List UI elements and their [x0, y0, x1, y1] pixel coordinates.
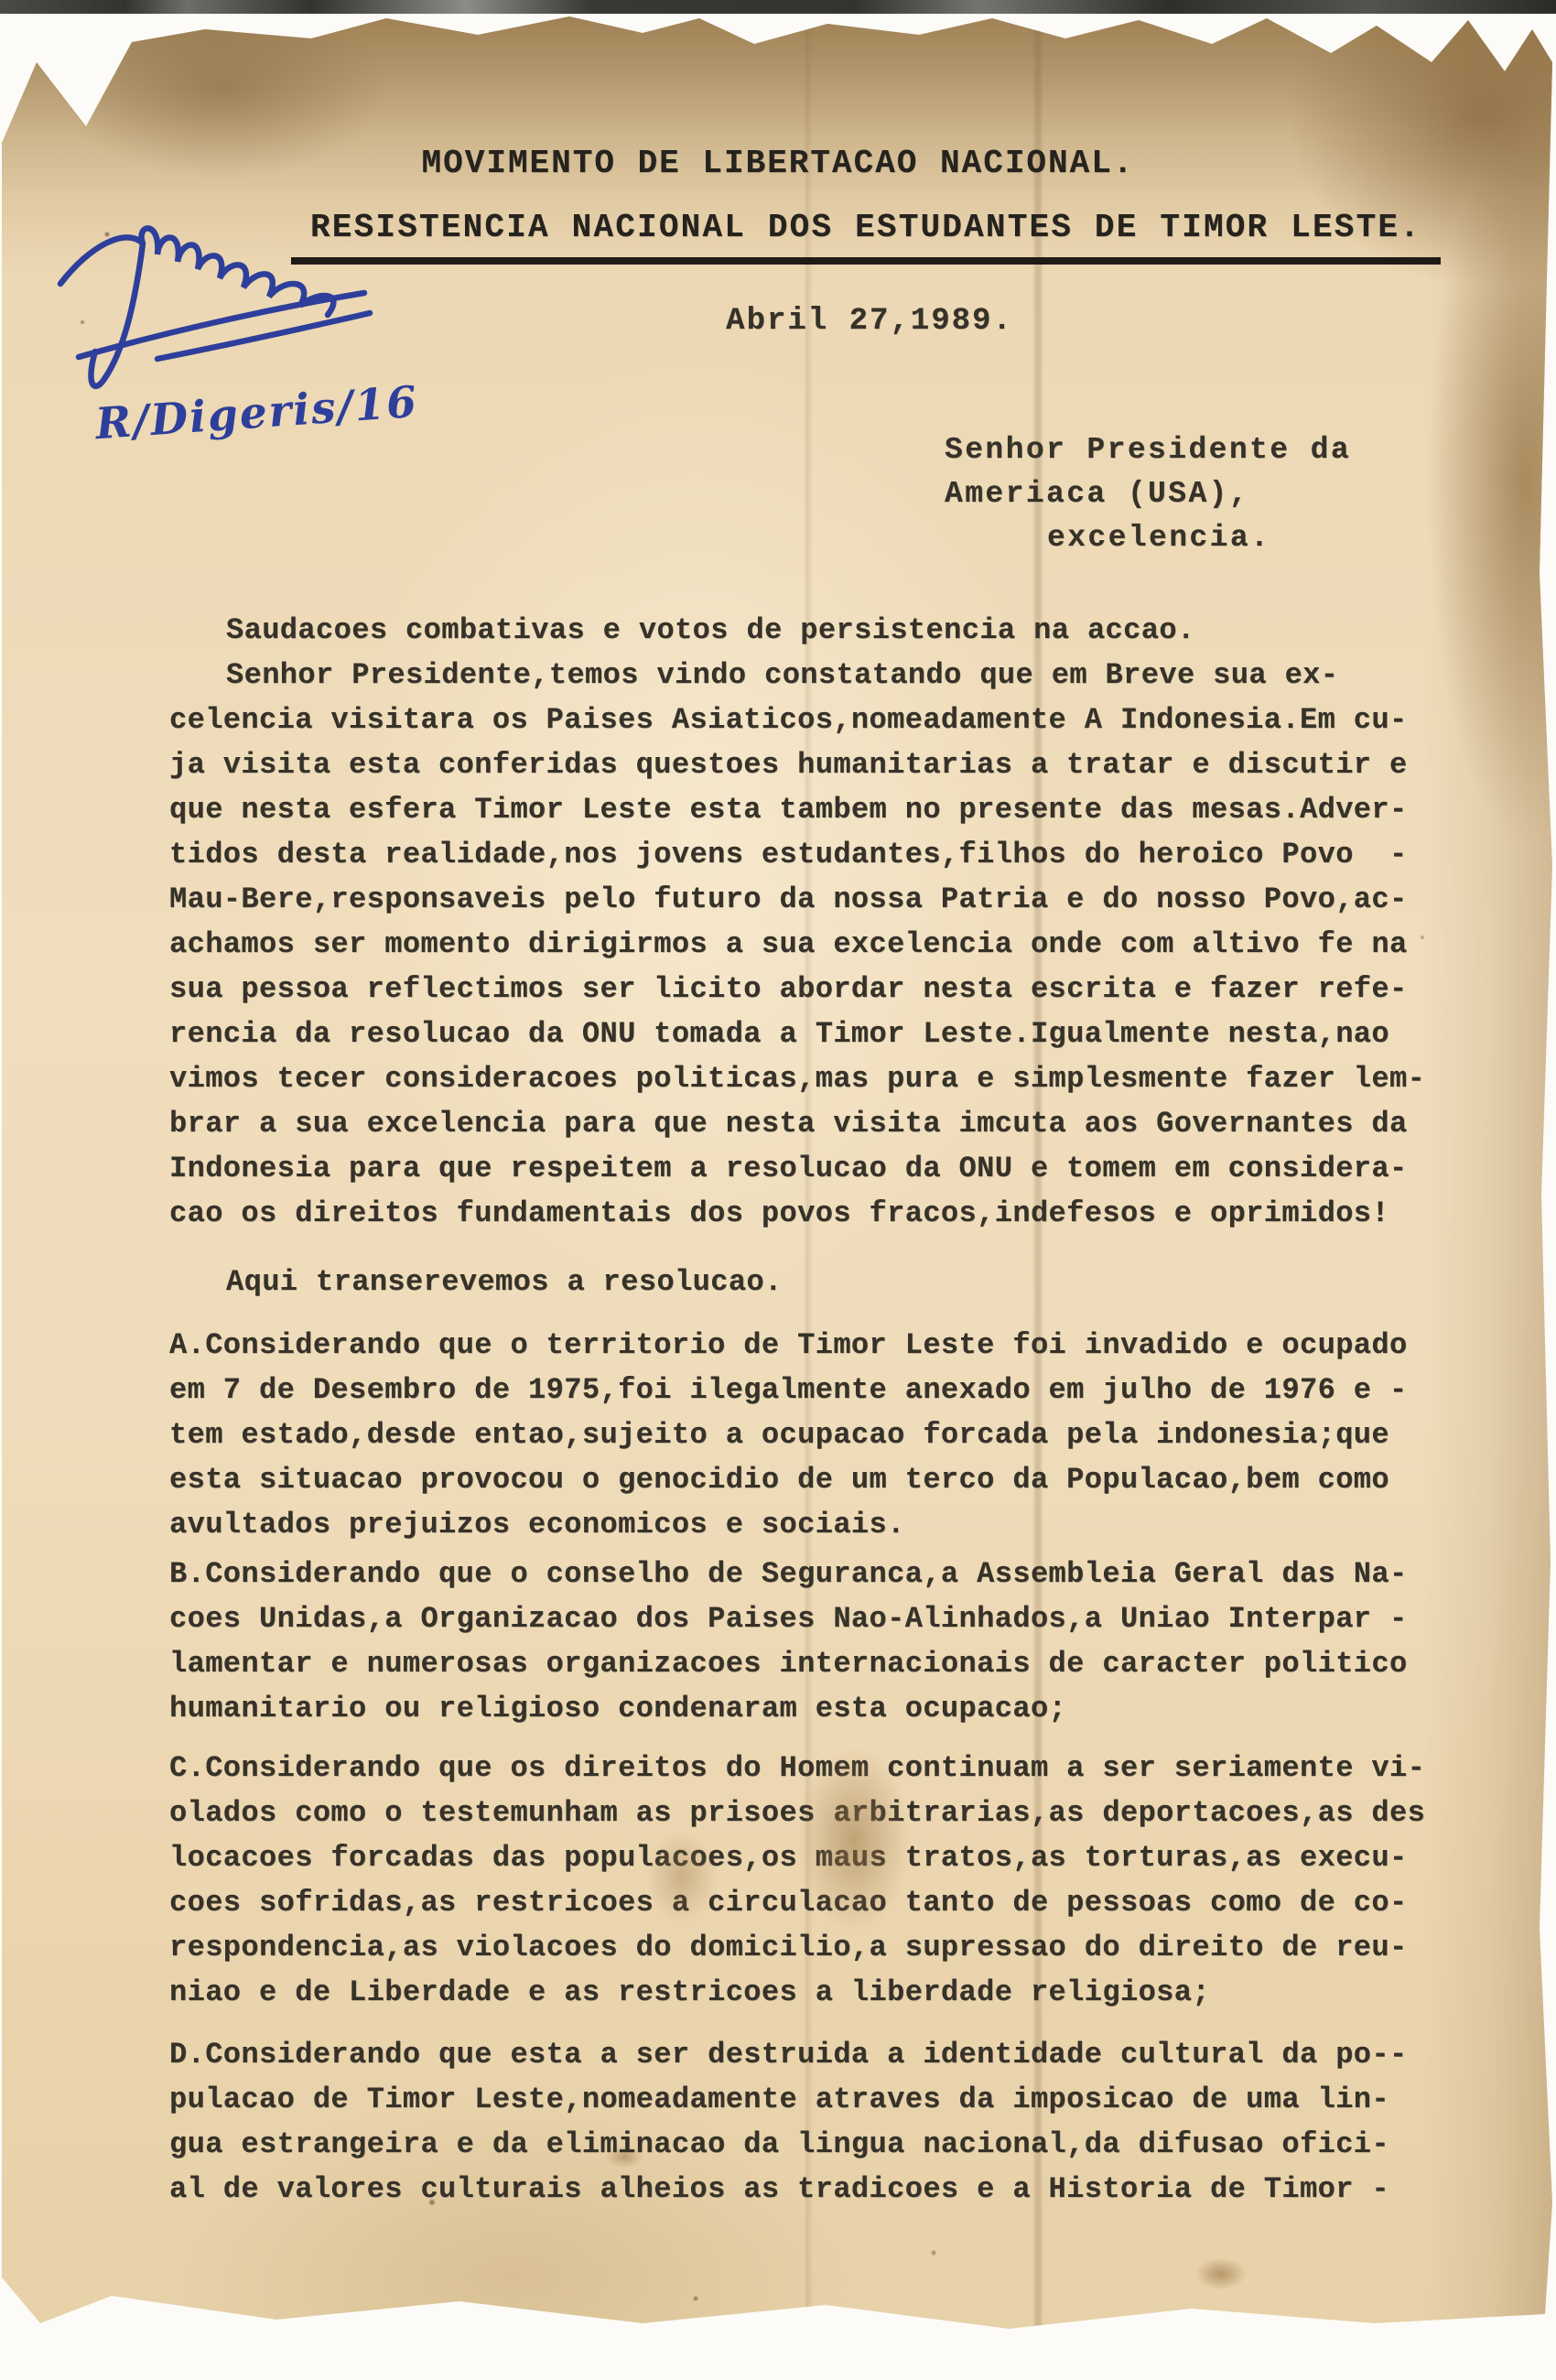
transcription-intro-paragraph: Aqui transerevemos a resolucao. [169, 1260, 1451, 1304]
typed-line: ja visita esta conferidas questoes human… [169, 742, 1451, 787]
intro-paragraph: Saudacoes combativas e votos de persiste… [169, 608, 1451, 1236]
scanner-edge-strip [0, 0, 1556, 14]
typed-line: tem estado,desde entao,sujeito a ocupaca… [169, 1412, 1451, 1457]
org-title-line1: MOVIMENTO DE LIBERTACAO NACIONAL. [302, 145, 1254, 182]
typed-line: gua estrangeira e da eliminacao da lingu… [169, 2122, 1451, 2167]
typed-line: que nesta esfera Timor Leste esta tambem… [169, 787, 1451, 832]
typed-line: respondencia,as violacoes do domicilio,a… [169, 1925, 1451, 1970]
date-line: Abril 27,1989. [641, 304, 1098, 339]
typed-line: A.Considerando que o territorio de Timor… [169, 1323, 1451, 1368]
typed-line: D.Considerando que esta a ser destruida … [169, 2032, 1451, 2077]
typed-line: humanitario ou religioso condenaram esta… [169, 1686, 1451, 1731]
resolution-paragraph-c: C.Considerando que os direitos do Homem … [169, 1746, 1451, 2015]
typed-line: Aqui transerevemos a resolucao. [169, 1260, 1451, 1304]
typed-line: achamos ser momento dirigirmos a sua exc… [169, 922, 1451, 967]
typed-line: tidos desta realidade,nos jovens estudan… [169, 832, 1451, 877]
addressee-block: Senhor Presidente da Ameriaca (USA), exc… [945, 428, 1351, 560]
typed-line: celencia visitara os Paises Asiaticos,no… [169, 698, 1451, 742]
typed-line: Indonesia para que respeitem a resolucao… [169, 1146, 1451, 1191]
typed-line: em 7 de Desembro de 1975,foi ilegalmente… [169, 1368, 1451, 1412]
typed-line: cao os direitos fundamentais dos povos f… [169, 1191, 1451, 1236]
org-title-line2: RESISTENCIA NACIONAL DOS ESTUDANTES DE T… [291, 209, 1441, 265]
signature-handwriting-icon [48, 212, 441, 405]
typed-line: locacoes forcadas das populacoes,os maus… [169, 1835, 1451, 1880]
addressee-line: Senhor Presidente da [945, 428, 1351, 472]
typed-line: pulacao de Timor Leste,nomeadamente atra… [169, 2077, 1451, 2122]
typed-line: niao e de Liberdade e as restricoes a li… [169, 1970, 1451, 2015]
typed-line: Saudacoes combativas e votos de persiste… [169, 608, 1451, 653]
addressee-line: excelencia. [1047, 516, 1351, 560]
typed-line: Mau-Bere,responsaveis pelo futuro da nos… [169, 877, 1451, 922]
scanned-letter-page: MOVIMENTO DE LIBERTACAO NACIONAL. RESIST… [0, 0, 1556, 2380]
typed-line: brar a sua excelencia para que nesta vis… [169, 1101, 1451, 1146]
resolution-paragraph-d: D.Considerando que esta a ser destruida … [169, 2032, 1451, 2212]
letter-body: Saudacoes combativas e votos de persiste… [169, 608, 1451, 2212]
typed-line: coes sofridas,as restricoes a circulacao… [169, 1880, 1451, 1925]
typed-line: olados como o testemunham as prisoes arb… [169, 1790, 1451, 1835]
typed-line: B.Considerando que o conselho de Seguran… [169, 1552, 1451, 1596]
typed-line: C.Considerando que os direitos do Homem … [169, 1746, 1451, 1790]
typed-line: sua pessoa reflectimos ser licito aborda… [169, 967, 1451, 1011]
resolution-paragraph-b: B.Considerando que o conselho de Seguran… [169, 1552, 1451, 1731]
typed-line: lamentar e numerosas organizacoes intern… [169, 1641, 1451, 1686]
typed-line: avultados prejuizos economicos e sociais… [169, 1502, 1451, 1547]
typed-line: rencia da resolucao da ONU tomada a Timo… [169, 1011, 1451, 1056]
resolution-paragraph-a: A.Considerando que o territorio de Timor… [169, 1323, 1451, 1547]
typed-line: Senhor Presidente,temos vindo constatand… [169, 653, 1451, 698]
typed-line: al de valores culturais alheios as tradi… [169, 2167, 1451, 2212]
typed-line: vimos tecer consideracoes politicas,mas … [169, 1056, 1451, 1101]
addressee-line: Ameriaca (USA), [945, 472, 1351, 516]
typed-line: esta situacao provocou o genocidio de um… [169, 1457, 1451, 1502]
typed-line: coes Unidas,a Organizacao dos Paises Nao… [169, 1596, 1451, 1641]
